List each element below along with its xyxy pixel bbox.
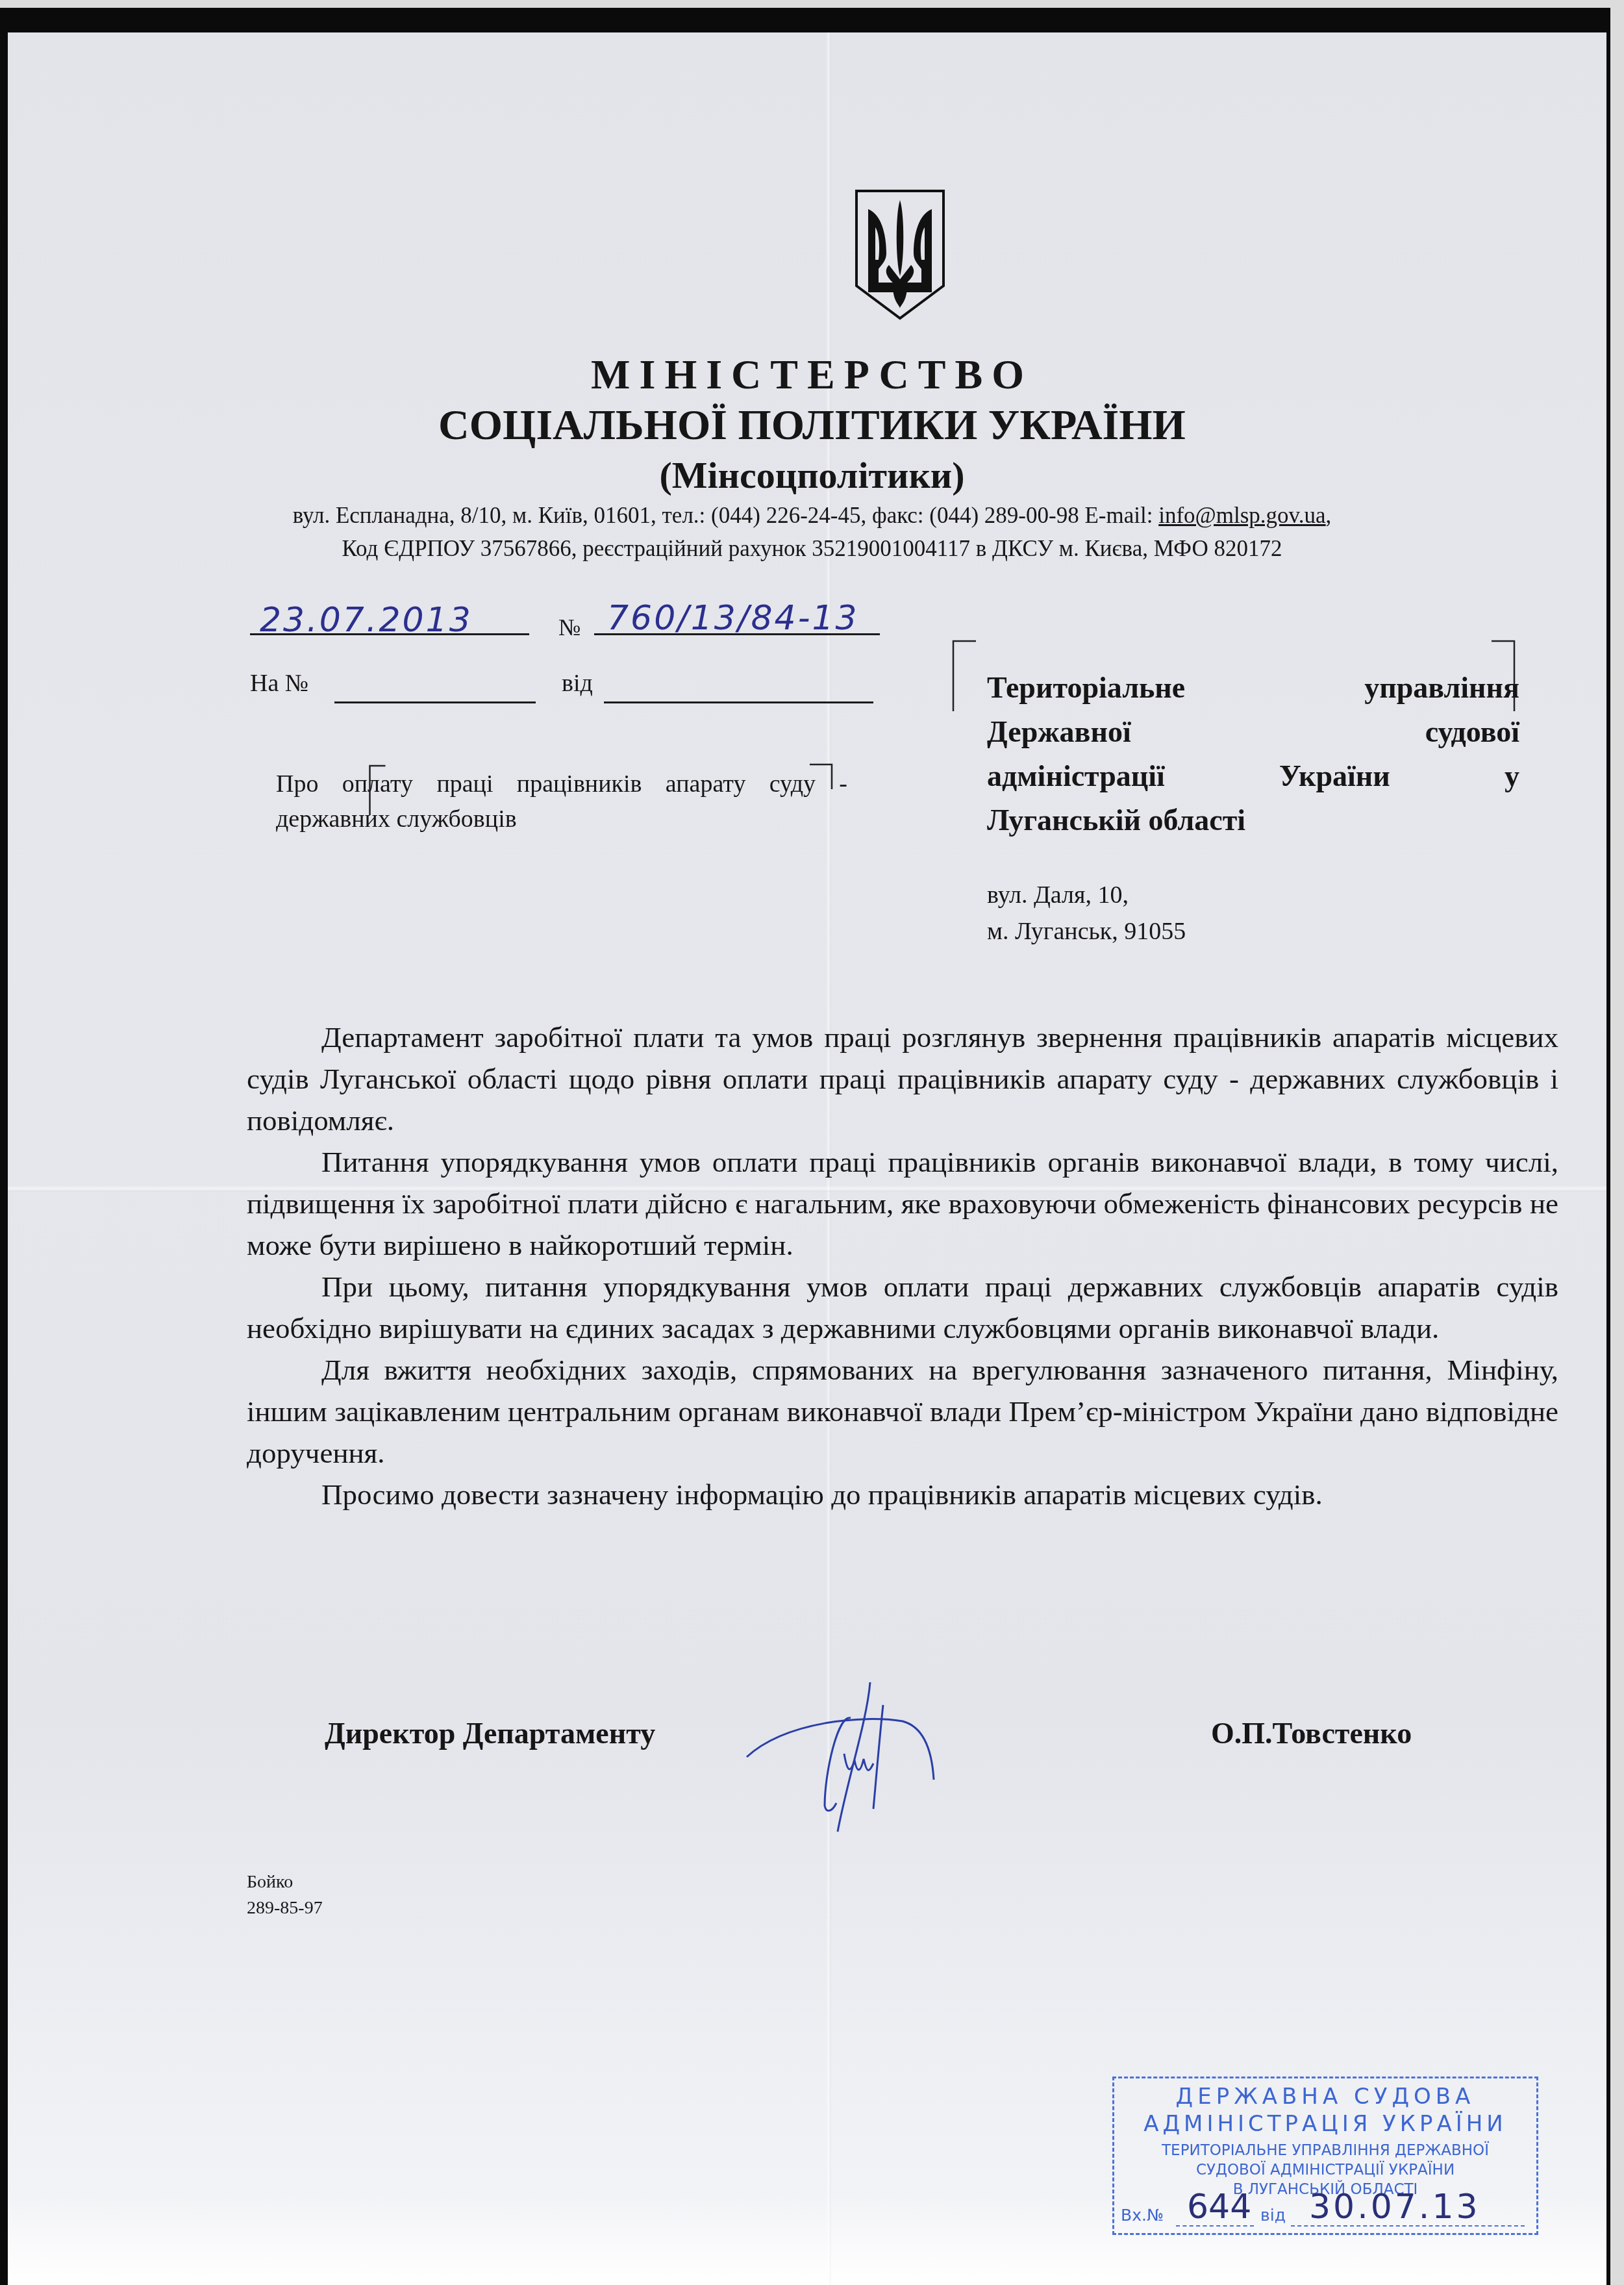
reply-to-label: На № (250, 669, 308, 698)
executor-name: Бойко (247, 1869, 323, 1895)
ministry-email-link[interactable]: info@mlsp.gov.ua (1158, 503, 1325, 528)
stamp-incoming-label: Вх.№ (1121, 2206, 1164, 2225)
registration-stamp: ДЕРЖАВНА СУДОВА АДМІНІСТРАЦІЯ УКРАЇНИ ТЕ… (1112, 2077, 1538, 2235)
ministry-address: вул. Еспланадна, 8/10, м. Київ, 01601, т… (0, 503, 1624, 529)
stamp-line: СУДОВОЇ АДМІНІСТРАЦІЇ УКРАЇНИ (1114, 2162, 1536, 2178)
stamp-line: АДМІНІСТРАЦІЯ УКРАЇНИ (1114, 2111, 1536, 2137)
addressee-word: управління (1364, 666, 1519, 710)
stamp-incoming-date: 30.07.13 (1309, 2188, 1480, 2227)
signatory-name: О.П.Товстенко (1211, 1716, 1412, 1750)
executor-phone: 289-85-97 (247, 1895, 323, 1921)
addressee-row: Територіальне управління (987, 666, 1519, 710)
number-sign: № (558, 614, 581, 641)
executor-info: Бойко 289-85-97 (247, 1869, 323, 1921)
addressee-word: у (1505, 754, 1519, 798)
addressee-word: України (1279, 754, 1390, 798)
letter-body: Департамент заробітної плати та умов пра… (247, 1016, 1558, 1515)
addressee-word: Територіальне (987, 666, 1185, 710)
stamp-incoming-number: 644 (1187, 2188, 1251, 2227)
addressee-block: Територіальне управління Державної судов… (987, 666, 1519, 842)
outgoing-date: 23.07.2013 (260, 601, 473, 640)
addressee-word: судової (1425, 710, 1519, 754)
ministry-title: МІНІСТЕРСТВО (0, 351, 1624, 399)
stamp-line: ДЕРЖАВНА СУДОВА (1114, 2084, 1536, 2110)
addressee-word: Луганській області (987, 798, 1245, 842)
handwritten-signature-icon (734, 1676, 948, 1845)
body-paragraph: При цьому, питання упорядкування умов оп… (247, 1266, 1558, 1349)
ministry-title-full: СОЦІАЛЬНОЇ ПОЛІТИКИ УКРАЇНИ (0, 401, 1624, 450)
addressee-row: Луганській області (987, 798, 1519, 842)
addressee-row: адміністрації України у (987, 754, 1519, 798)
letter-subject: Про оплату праці працівників апарату суд… (276, 766, 847, 837)
addressee-word: Державної (987, 710, 1131, 754)
trident-coat-of-arms-icon (854, 188, 946, 322)
addressee-street: вул. Даля, 10, (987, 877, 1186, 913)
email-suffix: , (1326, 503, 1332, 528)
body-paragraph: Для вжиття необхідних заходів, спрямован… (247, 1349, 1558, 1474)
ministry-registry: Код ЄДРПОУ 37567866, реєстраційний рахун… (0, 536, 1624, 562)
reply-to-line (334, 701, 536, 703)
stamp-date-label: від (1260, 2206, 1286, 2225)
body-paragraph: Питання упорядкування умов оплати праці … (247, 1141, 1558, 1266)
addressee-city: м. Луганськ, 91055 (987, 913, 1186, 950)
reply-from-label: від (562, 669, 593, 698)
addressee-row: Державної судової (987, 710, 1519, 754)
ministry-short-name: (Мінсоцполітики) (0, 453, 1624, 497)
body-paragraph: Департамент заробітної плати та умов пра… (247, 1016, 1558, 1141)
outgoing-number: 760/13/84-13 (607, 599, 859, 638)
body-paragraph: Просимо довести зазначену інформацію до … (247, 1474, 1558, 1515)
addressee-bracket-left (951, 640, 977, 711)
addressee-word: адміністрації (987, 754, 1165, 798)
addressee-address: вул. Даля, 10, м. Луганськ, 91055 (987, 877, 1186, 950)
ministry-address-text: вул. Еспланадна, 8/10, м. Київ, 01601, т… (293, 503, 1159, 528)
signatory-position: Директор Департаменту (325, 1716, 655, 1750)
reply-from-line (604, 701, 873, 703)
stamp-line: ТЕРИТОРІАЛЬНЕ УПРАВЛІННЯ ДЕРЖАВНОЇ (1114, 2142, 1536, 2159)
